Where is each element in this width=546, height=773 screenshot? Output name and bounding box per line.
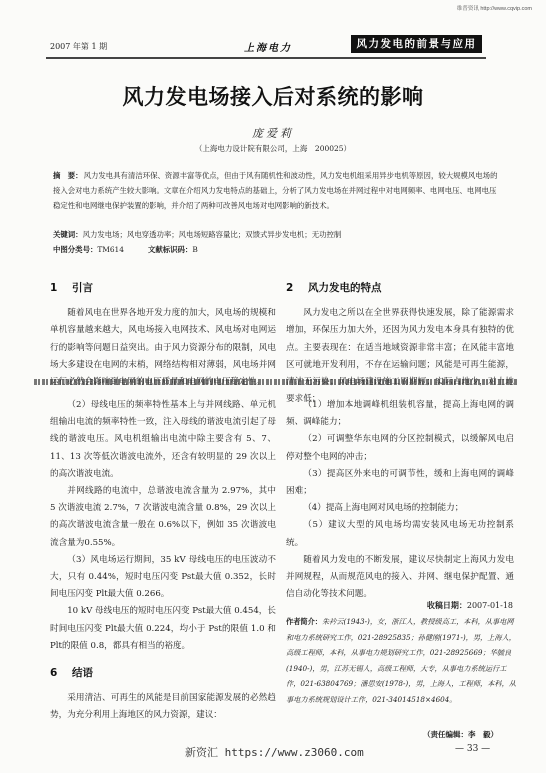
keywords-label: 关键词： <box>53 230 83 239</box>
lower-right-column: （1）增加本地调峰机组装机容量，提高上海电网的调频、调峰能力； （2）可调整华东… <box>286 397 514 603</box>
section-introduction: 1引言 随着风电在世界各地开发力度的加大，风电场的规模和单机容量越来越大，风电场… <box>50 280 276 391</box>
journal-name: 上海电力 <box>244 39 292 54</box>
section-characteristics: 2风力发电的特点 风力发电之所以在全世界获得快速发展，除了能源需求增加，环保压力… <box>286 280 514 408</box>
author-bio: 作者简介：朱衿云(1943-)，女，浙江人，教授级高工，本科，从事电网和电力系统… <box>286 614 516 707</box>
author-affiliation: （上海电力设计院有限公司，上海 200025） <box>0 143 546 154</box>
bio-label: 作者简介： <box>286 617 322 626</box>
doc-code-value: B <box>192 245 197 254</box>
clc-value: TM614 <box>97 245 124 254</box>
abstract-label: 摘 要： <box>53 171 83 180</box>
clc-label: 中图分类号： <box>53 245 97 254</box>
section-heading: 2风力发电的特点 <box>286 280 514 297</box>
header-divider <box>46 57 486 59</box>
list-item: （1）增加本地调峰机组装机容量，提高上海电网的调频、调峰能力； <box>286 397 514 431</box>
list-item: （3）提高区外来电的可调节性，缓和上海电网的调峰困难； <box>286 466 514 500</box>
article-title: 风力发电场接入后对系统的影响 <box>0 81 546 111</box>
paragraph: （2）母线电压的频率特性基本上与并网线路、单元机组输出电流的频率特性一致，注入母… <box>50 397 276 483</box>
source-watermark: 维普资讯 http://www.cqvip.com <box>457 4 532 12</box>
paragraph: 采用清洁、可再生的风能是目前国家能源发展的必然趋势，为充分利用上海地区的风力资源… <box>50 690 276 724</box>
paragraph: （3）风电场运行期间，35 kV 母线电压的电压波动不大，只有 0.44%，短时… <box>50 552 276 604</box>
issue-label: 2007 年第 1 期 <box>50 41 107 52</box>
bio-text: 朱衿云(1943-)，女，浙江人，教授级高工，本科，从事电网和电力系统研究工作，… <box>286 617 516 704</box>
paragraph: 并网线路的电流中，总谐波电流含量为 2.97%，其中 5 次谐波电流 2.7%，… <box>50 483 276 552</box>
article-author: 庞爱莉 <box>0 125 546 141</box>
site-watermark: 新资汇 https://www.z3060.com <box>185 744 364 760</box>
list-item: （2）可调整华东电网的分区控制模式，以缓解风电启停对整个电网的冲击； <box>286 431 514 465</box>
abstract: 摘 要：风力发电具有清洁环保、资源丰富等优点，但由于风有随机性和波动性，风力发电… <box>53 168 498 213</box>
section-heading: 1引言 <box>50 280 276 297</box>
abstract-text: 风力发电具有清洁环保、资源丰富等优点，但由于风有随机性和波动性，风力发电机组采用… <box>53 171 497 210</box>
list-item: （4）提高上海电网对风电场的控制能力； <box>286 500 514 517</box>
section-heading: 6结语 <box>50 665 276 682</box>
paragraph: 风力发电之所以在全世界获得快速发展，除了能源需求增加，环保压力加大外，还因为风力… <box>286 305 514 408</box>
column-banner: 风力发电的前景与应用 <box>351 35 482 53</box>
doc-code-label: 文献标识码： <box>148 245 192 254</box>
classification: 中图分类号：TM614文献标识码：B <box>53 244 198 255</box>
keywords: 关键词：风力发电场；风电穿透功率；风电场短路容量比；双馈式异步发电机；无功控制 <box>53 229 498 240</box>
responsible-editor: （责任编辑：李 毅） <box>423 729 498 740</box>
keywords-text: 风力发电场；风电穿透功率；风电场短路容量比；双馈式异步发电机；无功控制 <box>83 230 342 239</box>
page-number: — 33 — <box>455 744 490 754</box>
page-break-divider <box>34 379 518 385</box>
list-item: （5）建议大型的风电场均需安装风电场无功控制系统。 <box>286 517 514 551</box>
lower-left-column: （2）母线电压的频率特性基本上与并网线路、单元机组输出电流的频率特性一致，注入母… <box>50 397 276 725</box>
received-date: 收稿日期：2007-01-18 <box>427 600 513 611</box>
paragraph: 随着风力发电的不断发展，建议尽快制定上海风力发电并网规程，从而规范风电的接入、并… <box>286 552 514 604</box>
paragraph: 10 kV 母线电压的短时电压闪变 Pst最大值 0.454，长时间电压闪变 P… <box>50 603 276 655</box>
